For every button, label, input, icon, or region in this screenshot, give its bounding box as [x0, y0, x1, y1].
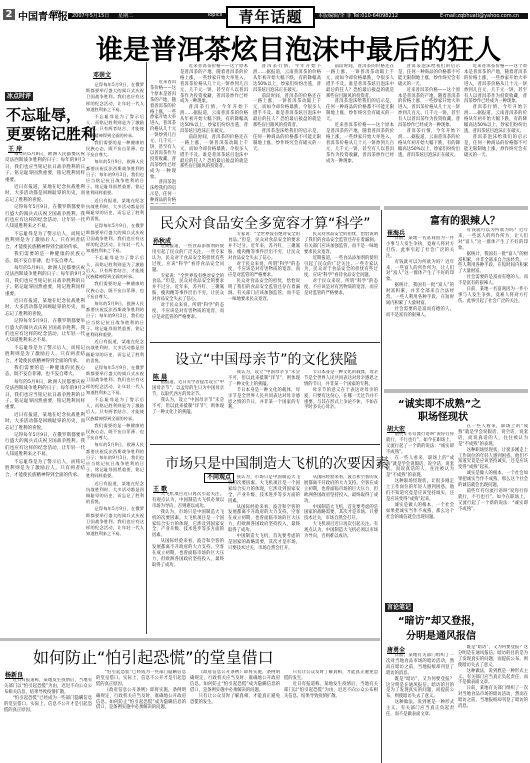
- paragraph: 我认为，设立“中国母亲节”未尝不可，但以此来抵制“洋节”，则体现了一种文化上的狭…: [228, 370, 300, 388]
- aircraft-body-col2: 我认为，市场只是中国制造大飞机的次要因素。大飞机项目是一个国家综合实力的体现，它…: [228, 475, 300, 632]
- editor-info: 本版编辑/李 菲 Tel:010-64098212: [318, 12, 398, 20]
- paragraph: 大飞机项目近日再次引起关注。有观点认为，中国制造大飞机必须以市场为导向，否则难以…: [304, 522, 378, 540]
- paragraph: 不忘耻辱是为了警示后人，而铭记胜利则是为了激励后人。只有两者结合，才能使民族精神…: [5, 460, 85, 479]
- paragraph: 节日本身是一种文化的载体，母亲节是全世界人民共同表达对母亲感恩之情的节日，并非某…: [228, 388, 300, 412]
- paragraph: 记得每年5月9日，在俄罗斯都要举行盛大的阅兵式庆祝卫国战争胜利。我们也应有这样的…: [86, 365, 144, 396]
- paragraph: 不忘耻辱是为了警示后人，而铭记胜利则是为了激励后人。只有两者结合，才能使民族精神…: [5, 346, 85, 365]
- paragraph: 普洱茶泡沫给我们的启示是，任何一种商品的价格都不可能无限制地上涨，炒作终究会有破…: [464, 135, 527, 159]
- commentary-headline-line2: 更要铭记胜利: [6, 123, 96, 144]
- paragraph: 每年的5月9日，欧洲人民都要庆祝反法西斯战争胜利的日子；每年的9月3日，我们也应…: [5, 380, 85, 412]
- paragraph: 不忘耻辱是为了警示后人，而铭记胜利则是为了激励后人。只有两者结合，才能使民族精神…: [86, 114, 144, 139]
- paragraph: 日前，某地有关部门组织了一次对当地食品市场的暗访活动，然而在暗访之前，当地报纸却…: [386, 653, 454, 677]
- paragraph: 前段时间，普洱茶的价格还在一路上涨，一饼普洱茶动辄上千元，而如今却价格暴跌，令很…: [253, 94, 321, 129]
- lead-body-col1: 近来普洱茶价格——这个原本是普洱茶的产地，随着普洱茶的价格上涨，一些炒家开始大举…: [180, 64, 248, 204]
- paragraph: 大飞机项目近日再次引起关注。有观点认为，中国制造大飞机必须以市场为导向，否则难以…: [152, 492, 224, 510]
- secret-visit-headline-line2: 分明是通风报信: [406, 627, 476, 642]
- paragraph: 记得每年5月9日，在俄罗斯都要举行盛大的阅兵式庆祝卫国战争胜利。我们也应有这样的…: [5, 433, 85, 459]
- column-divider: [146, 62, 147, 634]
- paragraph: 专家说：“全世界没有绝对安全的食品。”但是，民众对食品安全的要求并不过分。近年来…: [228, 232, 300, 262]
- lead-headline: 谁是普洱茶炫目泡沫中最后的狂人: [96, 28, 501, 67]
- issue-date: 2007年5月15日: [72, 12, 109, 20]
- paragraph: 普洱茶行情，今年开始下滑……据报道，云南普洱茶的价格从年初开始大幅下跌，有的降幅…: [398, 129, 460, 159]
- secret-visit-body-col2: 既是“暗访”，又为何要登报？这分明是在通风报信。暗访的目的是为了发现真实的问题，…: [458, 645, 528, 761]
- paragraph: “怕引起恐慌”已经成为一些部门隐瞒信息的堂皇借口。实际上，信息不公开才是引起恐慌…: [96, 670, 186, 688]
- paragraph: 日前，某地有关部门组织了一次对当地食品市场的暗访活动，然而在暗访之前，当地报纸却…: [458, 686, 528, 710]
- paragraph: 据统计，我国有一批“富人”的财富积累，并非全部来自合法经营。一些人利用各种手段，…: [458, 252, 528, 276]
- panic-body-col2: “怕引起恐慌”已经成为一些部门隐瞒信息的堂皇借口。实际上，信息不公开才是引起恐慌…: [96, 670, 186, 763]
- paragraph: 普洱茶行情，今年开始下滑……据报道，云南普洱茶的价格从年初开始大幅下跌，有的降幅…: [180, 105, 248, 135]
- paragraph: 民众对食品安全的担忧，恰恰说明了我们的食品安全监管还存在着漏洞。有关部门应该加强…: [228, 279, 300, 303]
- aircraft-body-col1: 大飞机项目近日再次引起关注。有观点认为，中国制造大飞机必须以市场为导向，否则难以…: [152, 492, 224, 632]
- section-divider: [150, 342, 380, 343]
- paragraph: 对于民众来说，所谓“科学”的态度，不应该是对有害物质的宽容，而应是对监管的严格要…: [228, 262, 300, 280]
- lead-body-col5: 近来普洱茶价格——这个原本是普洱茶的产地，随着普洱茶的价格上涨，一些炒家开始大举…: [464, 64, 527, 204]
- column-divider: [381, 640, 382, 763]
- paragraph: 日前，某地一名富商因为一件小事与人发生争执，竟雇人将对方打伤。此事引起了社会广泛…: [458, 287, 528, 305]
- paragraph: 诚实是做人的根本，一个社会如果把诚实当作不成熟，那么这个社会的诚信就会出现问题。: [386, 503, 454, 521]
- paragraph: 记得每年5月9日，在俄罗斯都要举行盛大的阅兵式庆祝卫国战争胜利。我们也应有这样的…: [5, 319, 85, 345]
- topics-label: Topics: [207, 12, 222, 18]
- paragraph: 只有让公众及时了解真相，才能真正避免恐慌的发生。: [284, 670, 378, 682]
- lead-body-col4: 普洱茶泡沫给我们的启示是，任何一种商品的价格都不可能无限制地上涨，炒作终究会有破…: [398, 64, 460, 204]
- section-divider: [150, 444, 380, 445]
- paragraph: 在一些人看来，职场上的“成熟”就是学会说假话、说空话、说套话，而说真话的人，往往…: [458, 424, 528, 448]
- paragraph: 近日有报道，某地在纪念抗战胜利时，大多活动都是回顾耻辱的历史，而忘记了胜利的喜悦…: [86, 339, 144, 364]
- paragraph: 只有让公众及时了解真相，才能真正避免恐慌的发生。: [190, 694, 280, 706]
- paragraph: 普洱茶泡沫给我们的启示是，任何一种商品的价格都不可能无限制地上涨，炒作终究会有破…: [326, 99, 394, 123]
- paragraph: 前些年有句流行语叫“说你行你就行，不行也行”。如今在职场上，又流行起了一个新的说…: [458, 489, 528, 513]
- commentary-tag: 冰点时评: [5, 92, 33, 101]
- paragraph: 记得每年5月9日，在俄罗斯都要举行盛大的阅兵式庆祝卫国战争胜利。我们也应有这样的…: [86, 223, 144, 254]
- paragraph: 我认为，市场只是中国制造大飞机的次要因素。大飞机项目是一个国家综合实力的体现，它…: [152, 510, 224, 540]
- honesty-body-col1: 前些年有句流行语叫“说你行你就行，不行也行”。如今在职场上，又流行起了一个新的说…: [386, 432, 454, 602]
- paragraph: 不忘耻辱是为了警示后人，而铭记胜利则是为了激励后人。只有两者结合，才能使民族精神…: [86, 255, 144, 280]
- commentary-body-col2: 记得每年5月9日，在俄罗斯都要举行盛大的阅兵式庆祝卫国战争胜利。我们也应有这样的…: [86, 82, 144, 637]
- paragraph: 前段时间，普洱茶的价格还在一路上涨，一饼普洱茶动辄上千元，而如今却价格暴跌，令很…: [180, 135, 248, 170]
- paragraph: 近期报道，一些食品添加剂的使用引起了民众的广泛关注。一些专家认为，民众对于食品安…: [152, 244, 224, 274]
- paragraph: 我们需要的是一种健康的民族心态，既不妄自菲薄，也不妄自尊大。: [86, 281, 144, 300]
- lead-body-col3: 前段时间，普洱茶的价格还在一路上涨，一饼普洱茶动辄上千元，而如今却价格暴跌，令很…: [326, 64, 394, 204]
- section-divider: [0, 638, 380, 641]
- paragraph: 这种做法，说到底是一种形式主义。有关部门应当真正负起责任，而不是做表面文章。: [386, 700, 454, 718]
- paragraph: 记得每年5月9日，在俄罗斯都要举行盛大的阅兵式庆祝卫国战争胜利。我们也应有这样的…: [5, 205, 85, 231]
- paragraph: 从国际经验来看，波音和空客的发展都离不开政府的大力支持。空客在成立初期，也曾面临…: [228, 505, 300, 535]
- panic-body-col3: 《政府信息公开条例》即将实施，条例明确规定，行政机关应当及时、准确地公开政府信息…: [190, 670, 280, 763]
- paragraph: 既是“暗访”，又为何要登报？这分明是在通风报信。暗访的目的是为了发现真实的问题，…: [458, 645, 528, 669]
- paragraph: 前段时间，普洱茶的价格还在一路上涨，一饼普洱茶动辄上千元，而如今却价格暴跌，令很…: [326, 64, 394, 99]
- honesty-headline-line2: 职场怪现状: [418, 408, 468, 423]
- lead-body-col2: 普洱茶行情，今年开始下滑……据报道，云南普洱茶的价格从年初开始大幅下跌，有的降幅…: [253, 64, 321, 204]
- paragraph: 近日有报道称，某地发生疫情后，当地有关部门以“怕引起恐慌”为由，迟迟不向公众公布…: [4, 678, 92, 696]
- masthead: 2 中国青年报 ///// 2007年5月15日 星期二 Topics 青年话题…: [0, 4, 530, 18]
- paragraph: 近来普洱茶价格——这个原本是普洱茶的产地，随着普洱茶的价格上涨，一些炒家开始大举…: [464, 64, 527, 105]
- paper-logo: 中国青年报: [18, 8, 68, 23]
- paragraph: 我们需要的是一种健康的民族心态，既不妄自菲薄，也不妄自尊大。: [86, 423, 144, 442]
- paragraph: 民众对食品安全的担忧，恰恰说明了我们的食品安全监管还存在着漏洞。有关部门应该加强…: [304, 232, 378, 256]
- paragraph: 节日本身是一种文化的载体，母亲节是全世界人民共同表达对母亲感恩之情的节日，并非某…: [304, 370, 378, 388]
- paragraph: 诚实是做人的根本，一个社会如果把诚实当作不成熟，那么这个社会的诚信就会出现问题。: [458, 471, 528, 489]
- paragraph: 从国际经验来看，波音和空客的发展都离不开政府的大力支持。空客在成立初期，也曾面临…: [152, 539, 224, 569]
- section-divider: [384, 206, 528, 210]
- honesty-body-col2: 在一些人看来，职场上的“成熟”就是学会说假话、说空话、说套话，而说真话的人，往往…: [458, 424, 528, 602]
- paragraph: 《政府信息公开条例》即将实施，条例明确规定，行政机关应当及时、准确地公开政府信息…: [190, 670, 280, 694]
- paragraph: 中国制造大飞机，首先要考虑的是国家的战略需要，其次才是市场。只要技术过关，市场自…: [304, 505, 378, 523]
- paragraph: 对于民众来说，所谓“科学”的态度，不应该是对有害物质的宽容，而应是对监管的严格要…: [304, 279, 378, 297]
- paragraph: 这种职场怪现状，让很多刚走上工作岗位的年轻人感到困惑。他们不知道究竟是应该坚持诚…: [458, 448, 528, 472]
- paragraph: 《政府信息公开条例》即将实施，条例明确规定，行政机关应当及时、准确地公开政府信息…: [96, 688, 186, 712]
- food-safety-headline: 民众对食品安全多宽容才算“科学”: [160, 213, 371, 233]
- panic-headline: 如何防止“怕引起恐慌”的堂皇借口: [33, 645, 274, 668]
- section-divider: [150, 206, 380, 210]
- who-rich-body-col1: 日前，某地一名富商因为一件小事与人发生争执，竟雇人将对方打伤。此事引起了社会广泛…: [386, 236, 454, 386]
- paragraph: 我们需要的是一种健康的民族心态，既不妄自菲薄，也不妄自尊大。: [5, 252, 85, 265]
- paragraph: 每年的5月9日，欧洲人民都要庆祝反法西斯战争胜利的日子；每年的9月3日，我们也应…: [5, 266, 85, 298]
- page-number: 2: [3, 9, 15, 20]
- slash-decoration: /////: [50, 9, 60, 18]
- paragraph: 我认为，设立“中国母亲节”未尝不可，但以此来抵制“洋节”，则体现了一种文化上的狭…: [152, 398, 224, 416]
- commentary-headline-line1: 不忘耻辱，: [6, 104, 81, 125]
- paragraph: 既是“暗访”，又为何要登报？这分明是在通风报信。暗访的目的是为了发现真实的问题，…: [386, 677, 454, 701]
- paragraph: 这种做法，说到底是一种形式主义。有关部门应当真正负起责任，而不是做表面文章。: [458, 669, 528, 687]
- paragraph: 近日有报道，某地在纪念抗战胜利时，大多活动都是回顾耻辱的历史，而忘记了胜利的喜悦…: [86, 481, 144, 506]
- panic-body-col1: 近日有报道称，某地发生疫情后，当地有关部门以“怕引起恐慌”为由，迟迟不向公众公布…: [4, 678, 92, 763]
- paragraph: 近日有报道，某地在纪念抗战胜利时，大多活动都是回顾耻辱的历史，而忘记了胜利的喜悦…: [86, 198, 144, 223]
- mothers-day-headline: 设立“中国母亲节”的文化狭隘: [175, 349, 358, 369]
- paragraph: 每年的5月9日，欧洲人民都要庆祝反法西斯战争胜利的日子；每年的9月3日，我们也应…: [86, 301, 144, 338]
- paragraph: 我认为，市场只是中国制造大飞机的次要因素。大飞机项目是一个国家综合实力的体现，它…: [228, 475, 300, 505]
- paragraph: 据统计，我国有一批“富人”的财富积累，并非全部来自合法经营。一些人利用各种手段，…: [386, 283, 454, 307]
- paragraph: 普洱茶泡沫给我们的启示是，任何一种商品的价格都不可能无限制地上涨，炒作终究会有破…: [150, 180, 176, 204]
- secret-visit-body-col1: 日前，某地有关部门组织了一次对当地食品市场的暗访活动，然而在暗访之前，当地报纸却…: [386, 653, 454, 761]
- paragraph: 我们需要的是一种健康的民族心态，既不妄自菲薄，也不妄自尊大。: [5, 366, 85, 379]
- who-rich-headline: 富有的狠辣人？: [430, 212, 500, 227]
- paragraph: 我们需要的是一种健康的民族心态，既不妄自菲薄，也不妄自尊大。: [86, 140, 144, 159]
- paragraph: 近来普洱茶价格——这个原本是普洱茶的产地，随着普洱茶的价格上涨，一些炒家开始大举…: [326, 123, 394, 164]
- paragraph: 每年的5月9日，欧洲人民都要庆祝反法西斯战争胜利的日子；每年的9月3日，我们也应…: [86, 442, 144, 479]
- paragraph: 近日有报道称，某地发生疫情后，当地有关部门以“怕引起恐慌”为由，迟迟不向公众公布…: [284, 682, 378, 700]
- paragraph: 记得每年5月9日，在俄罗斯都要举行盛大的阅兵式庆祝卫国战争胜利。我们也应有这样的…: [86, 82, 144, 113]
- section-title: 青年话题: [226, 6, 315, 28]
- mothers-day-body-col2: 我认为，设立“中国母亲节”未尝不可，但以此来抵制“洋节”，则体现了一种文化上的狭…: [228, 370, 300, 440]
- paragraph: 专家说：“全世界没有绝对安全的食品。”但是，民众对食品安全的要求并不过分。近年来…: [152, 274, 224, 304]
- issue-weekday: 星期二: [118, 12, 133, 20]
- panic-body-col4: 只有让公众及时了解真相，才能真正避免恐慌的发生。 近日有报道称，某地发生疫情后，…: [284, 670, 378, 763]
- paragraph: 社会需要的是富而有德的人，而不是富有的狠辣人。: [458, 275, 528, 287]
- paragraph: 近日有报道，某地在纪念抗战胜利时，大多活动都是回顾耻辱的历史，而忘记了胜利的喜悦…: [5, 299, 85, 318]
- section-divider: [384, 389, 528, 393]
- paragraph: 对于民众来说，所谓“科学”的态度，不应该是对有害物质的宽容，而应是对监管的严格要…: [152, 303, 224, 321]
- paragraph: 在一些人看来，职场上的“成熟”就是学会说假话、说空话、说套话，而说真话的人，往往…: [386, 456, 454, 480]
- paragraph: 不忘耻辱是为了警示后人，而铭记胜利则是为了激励后人。只有两者结合，才能使民族精神…: [86, 397, 144, 422]
- paragraph: 前些年有句流行语叫“说你行你就行，不行也行”。如今在职场上，又流行起了一个新的说…: [386, 432, 454, 456]
- paragraph: 近来普洱茶价格——这个原本是普洱茶的产地，随着普洱茶的价格上涨，一些炒家开始大举…: [398, 88, 460, 129]
- lead-byline: 邓崇文: [93, 70, 111, 79]
- paragraph: 日前，某地一名富商因为一件小事与人发生争执，竟雇人将对方打伤。此事引起了社会广泛…: [386, 236, 454, 260]
- paragraph: 近期报道，一些食品添加剂的使用引起了民众的广泛关注。一些专家认为，民众对于食品安…: [304, 256, 378, 280]
- paragraph: 每年的5月9日，欧洲人民都要庆祝反法西斯战争胜利的日子；每年的9月3日，我们也应…: [5, 152, 85, 184]
- paragraph: 从国际经验来看，波音和空客的发展都离不开政府的大力支持。空客在成立初期，也曾面临…: [304, 475, 378, 505]
- secret-visit-tag: 言论笔记: [385, 603, 413, 612]
- secret-visit-headline-line1: “暗访”却又登报，: [398, 612, 481, 627]
- paragraph: 记得每年5月9日，在俄罗斯都要举行盛大的阅兵式庆祝卫国战争胜利。我们也应有这样的…: [86, 506, 144, 537]
- paragraph: 据报道，近日有学者提出设立“中国母亲节”，以孟母的生日为中国母亲节，以取代西方的…: [152, 380, 224, 398]
- paragraph: 每年的5月9日，欧洲人民都要庆祝反法西斯战争胜利的日子；每年的9月3日，我们也应…: [86, 159, 144, 196]
- commentary-body-col1: 每年的5月9日，欧洲人民都要庆祝反法西斯战争胜利的日子；每年的9月3日，我们也应…: [5, 152, 85, 637]
- paragraph: 普洱茶泡沫给我们的启示是，任何一种商品的价格都不可能无限制地上涨，炒作终究会有破…: [253, 129, 321, 153]
- email-address: E-mail:zqbhuati@yahoo.com.cn: [440, 12, 519, 20]
- column-divider: [381, 210, 382, 640]
- mothers-day-body-col1: 据报道，近日有学者提出设立“中国母亲节”，以孟母的生日为中国母亲节，以取代西方的…: [152, 380, 224, 440]
- paragraph: 母亲节的意义在于表达对母亲的爱，只要有这份心，在哪一天过节并不重要。与其在形式上…: [304, 388, 378, 412]
- who-rich-body-col2: 有钱就可以为所欲为吗？近年来，一些富人的所作所为，让人们对“富人”这一群体产生了…: [458, 228, 528, 386]
- paragraph: 这种职场怪现状，让很多刚走上工作岗位的年轻人感到困惑。他们不知道究竟是应该坚持诚…: [386, 479, 454, 503]
- paragraph: 不忘耻辱是为了警示后人，而铭记胜利则是为了激励后人。只有两者结合，才能使民族精神…: [5, 232, 85, 251]
- paragraph: 近日有报道，某地在纪念抗战胜利时，大多活动都是回顾耻辱的历史，而忘记了胜利的喜悦…: [5, 413, 85, 432]
- lead-body-col0: 近来普洱茶价格——这个原本是普洱茶的产地，随着普洱茶的价格上涨，一些炒家开始大举…: [150, 80, 176, 204]
- paragraph: 近日有报道，某地在纪念抗战胜利时，大多活动都是回顾耻辱的历史，而忘记了胜利的喜悦…: [5, 185, 85, 204]
- paragraph: 有钱就可以为所欲为吗？近年来，一些富人的所作所为，让人们对“富人”这一群体产生了…: [386, 260, 454, 284]
- paragraph: “怕引起恐慌”已经成为一些部门隐瞒信息的堂皇借口。实际上，信息不公开才是引起恐慌…: [4, 696, 92, 714]
- aircraft-headline: 市场只是中国制造大飞机的次要因素: [165, 453, 389, 473]
- paragraph: 近来普洱茶价格——这个原本是普洱茶的产地，随着普洱茶的价格上涨，一些炒家开始大举…: [180, 64, 248, 105]
- paragraph: 普洱茶泡沫给我们的启示是，任何一种商品的价格都不可能无限制地上涨，炒作终究会有破…: [398, 64, 460, 88]
- paragraph: 普洱茶行情，今年开始下滑……据报道，云南普洱茶的价格从年初开始大幅下跌，有的降幅…: [464, 105, 527, 135]
- paragraph: 有钱就可以为所欲为吗？近年来，一些富人的所作所为，让人们对“富人”这一群体产生了…: [458, 228, 528, 252]
- paragraph: 社会需要的是富而有德的人，而不是富有的狠辣人。: [386, 307, 454, 319]
- paragraph: 近来普洱茶价格——这个原本是普洱茶的产地，随着普洱茶的价格上涨，一些炒家开始大举…: [150, 80, 176, 180]
- mothers-day-body-col3: 节日本身是一种文化的载体，母亲节是全世界人民共同表达对母亲感恩之情的节日，并非某…: [304, 370, 378, 440]
- paragraph: 普洱茶行情，今年开始下滑……据报道，云南普洱茶的价格从年初开始大幅下跌，有的降幅…: [253, 64, 321, 94]
- paragraph: 中国制造大飞机，首先要考虑的是国家的战略需要，其次才是市场。只要技术过关，市场自…: [228, 534, 300, 552]
- aircraft-body-col3: 从国际经验来看，波音和空客的发展都离不开政府的大力支持。空客在成立初期，也曾面临…: [304, 475, 378, 632]
